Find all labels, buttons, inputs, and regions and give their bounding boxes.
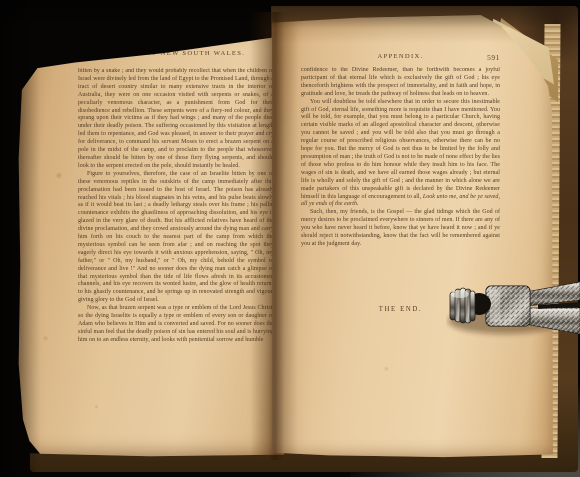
silver-clasp — [446, 276, 580, 348]
page-left-text: bitten by a snake ; and they would proba… — [78, 68, 274, 434]
gutter-shadow — [250, 12, 298, 460]
paragraph-text: You will doubtless be told elsewhere tha… — [301, 99, 500, 200]
page-left: 590 HISTORY OF NEW SOUTH WALES. bitten b… — [16, 30, 284, 458]
paragraph: Such, then, my friends, is the Gospel — … — [301, 209, 500, 249]
page-number-right: 591 — [468, 53, 500, 62]
page-right-text: confidence to the Divine Redeemer, than … — [301, 67, 500, 299]
page-right: APPENDIX. 591 confidence to the Divine R… — [272, 12, 558, 458]
running-header-left: HISTORY OF NEW SOUTH WALES. — [78, 50, 274, 57]
paragraph: You will doubtless be told elsewhere tha… — [301, 99, 500, 210]
paragraph: Figure to yourselves, therefore, the cas… — [78, 171, 274, 305]
book-photograph: 590 HISTORY OF NEW SOUTH WALES. bitten b… — [0, 0, 580, 477]
paragraph: bitten by a snake ; and they would proba… — [78, 68, 274, 171]
paragraph: Now, as that brazen serpent was a type o… — [78, 305, 274, 345]
page-number-left: 590 — [72, 50, 85, 59]
paragraph: confidence to the Divine Redeemer, than … — [301, 67, 500, 99]
silver-clasp-icon — [446, 276, 580, 348]
